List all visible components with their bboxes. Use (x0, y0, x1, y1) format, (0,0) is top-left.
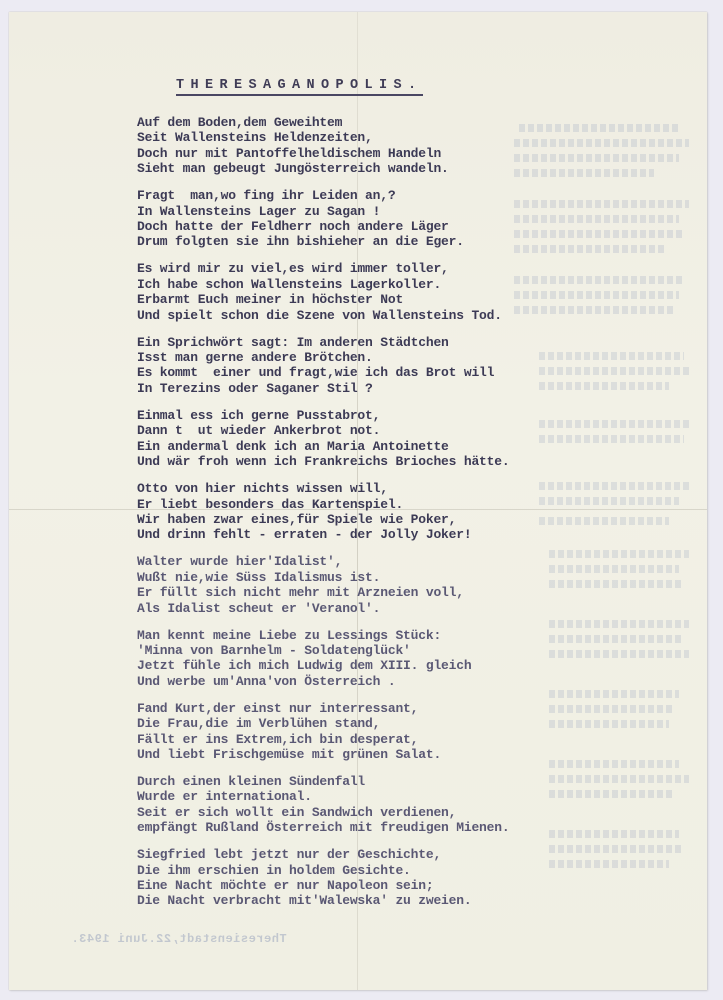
poem-line: Doch hatte der Feldherr noch andere Läge… (137, 219, 657, 234)
poem-line: Wurde er international. (137, 789, 657, 804)
poem-line: Sieht man gebeugt Jungösterreich wandeln… (137, 161, 657, 176)
poem-line: Doch nur mit Pantoffelheldischem Handeln (137, 146, 657, 161)
poem-line: Jetzt fühle ich mich Ludwig dem XIII. gl… (137, 658, 657, 673)
stanza: Fand Kurt,der einst nur interressant,Die… (137, 701, 657, 763)
poem-line: Einmal ess ich gerne Pusstabrot, (137, 408, 657, 423)
stanza: Man kennt meine Liebe zu Lessings Stück:… (137, 628, 657, 690)
poem-line: Und wär froh wenn ich Frankreichs Brioch… (137, 454, 657, 469)
poem-line: Als Idalist scheut er 'Veranol'. (137, 601, 657, 616)
poem-line: Ein andermal denk ich an Maria Antoinett… (137, 439, 657, 454)
poem-line: Und drinn fehlt - erraten - der Jolly Jo… (137, 527, 657, 542)
poem-line: Fällt er ins Extrem,ich bin desperat, (137, 732, 657, 747)
poem-line: Ich habe schon Wallensteins Lagerkoller. (137, 277, 657, 292)
stanza: Einmal ess ich gerne Pusstabrot,Dann t u… (137, 408, 657, 470)
poem-line: Er liebt besonders das Kartenspiel. (137, 497, 657, 512)
stanza: Ein Sprichwört sagt: Im anderen Städtche… (137, 335, 657, 397)
poem-line: In Terezins oder Saganer Stil ? (137, 381, 657, 396)
poem-line: Eine Nacht möchte er nur Napoleon sein; (137, 878, 657, 893)
poem-line: Er füllt sich nicht mehr mit Arzneien vo… (137, 585, 657, 600)
poem-line: Und spielt schon die Szene von Wallenste… (137, 308, 657, 323)
stanza: Auf dem Boden,dem GeweihtemSeit Wallenst… (137, 115, 657, 177)
poem-line: empfängt Rußland Österreich mit freudige… (137, 820, 657, 835)
stanza: Otto von hier nichts wissen will,Er lieb… (137, 481, 657, 543)
poem-line: Seit Wallensteins Heldenzeiten, (137, 130, 657, 145)
poem-line: Die Nacht verbracht mit'Walewska' zu zwe… (137, 893, 657, 908)
poem-line: Wußt nie,wie Süss Idalismus ist. (137, 570, 657, 585)
stanza: Fragt man,wo fing ihr Leiden an,?In Wall… (137, 188, 657, 250)
stanza: Walter wurde hier'Idalist',Wußt nie,wie … (137, 554, 657, 616)
poem-line: Seit er sich wollt ein Sandwich verdiene… (137, 805, 657, 820)
poem-body: Auf dem Boden,dem GeweihtemSeit Wallenst… (137, 115, 657, 920)
poem-line: Es wird mir zu viel,es wird immer toller… (137, 261, 657, 276)
poem-line: Die ihm erschien in holdem Gesichte. (137, 863, 657, 878)
poem-line: Auf dem Boden,dem Geweihtem (137, 115, 657, 130)
poem-line: Und werbe um'Anna'von Österreich . (137, 674, 657, 689)
poem-line: Wir haben zwar eines,für Spiele wie Poke… (137, 512, 657, 527)
poem-line: Die Frau,die im Verblühen stand, (137, 716, 657, 731)
poem-line: Erbarmt Euch meiner in höchster Not (137, 292, 657, 307)
poem-line: Isst man gerne andere Brötchen. (137, 350, 657, 365)
poem-line: Dann t ut wieder Ankerbrot not. (137, 423, 657, 438)
poem-line: In Wallensteins Lager zu Sagan ! (137, 204, 657, 219)
poem-line: Siegfried lebt jetzt nur der Geschichte, (137, 847, 657, 862)
poem-line: Ein Sprichwört sagt: Im anderen Städtche… (137, 335, 657, 350)
poem-line: Es kommt einer und fragt,wie ich das Bro… (137, 365, 657, 380)
poem-line: Drum folgten sie ihn bishieher an die Eg… (137, 234, 657, 249)
typewritten-page: Theresienstadt,22.Juni 1943. THERESAGANO… (9, 12, 707, 990)
stanza: Durch einen kleinen SündenfallWurde er i… (137, 774, 657, 836)
poem-line: Man kennt meine Liebe zu Lessings Stück: (137, 628, 657, 643)
stanza: Siegfried lebt jetzt nur der Geschichte,… (137, 847, 657, 909)
poem-line: Otto von hier nichts wissen will, (137, 481, 657, 496)
mirrored-date-showthrough: Theresienstadt,22.Juni 1943. (71, 932, 287, 946)
stanza: Es wird mir zu viel,es wird immer toller… (137, 261, 657, 323)
poem-line: Und liebt Frischgemüse mit grünen Salat. (137, 747, 657, 762)
poem-line: Durch einen kleinen Sündenfall (137, 774, 657, 789)
poem-line: Walter wurde hier'Idalist', (137, 554, 657, 569)
poem-line: 'Minna von Barnhelm - Soldatenglück' (137, 643, 657, 658)
poem-title: THERESAGANOPOLIS. (176, 78, 423, 96)
poem-line: Fragt man,wo fing ihr Leiden an,? (137, 188, 657, 203)
poem-line: Fand Kurt,der einst nur interressant, (137, 701, 657, 716)
